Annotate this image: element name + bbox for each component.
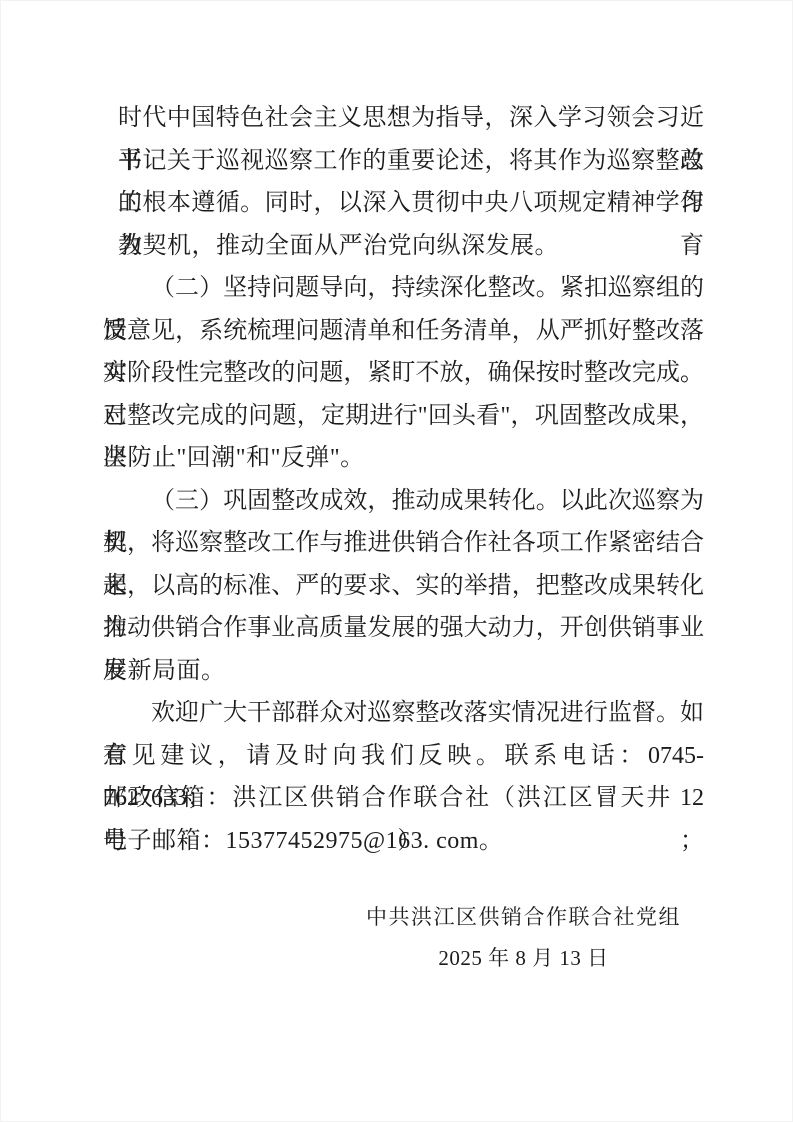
text-line: 决防止"回潮"和"反弹"。 xyxy=(103,437,704,480)
paragraph: （二）坚持问题导向，持续深化整改。紧扣巡察组的反馈意见，系统梳理问题清单和任务清… xyxy=(103,267,704,480)
text-line: （二）坚持问题导向，持续深化整改。紧扣巡察组的反 xyxy=(103,267,704,310)
text-line: 推动供销合作事业高质量发展的强大动力，开创供销事业发 xyxy=(103,607,704,650)
text-line: 欢迎广大干部群众对巡察整改落实情况进行监督。如有 xyxy=(103,692,704,735)
signature-inner: 中共洪江区供销合作联合社党组 2025 年 8 月 13 日 xyxy=(366,896,681,978)
text-line: 展新局面。 xyxy=(103,650,704,693)
text-line: （三）巩固整改成效，推动成果转化。以此次巡察为契 xyxy=(103,480,704,523)
text-line: 书记关于巡视巡察工作的重要论述，将其作为巡察整改工作 xyxy=(118,140,704,183)
text-line: 来，以高的标准、严的要求、实的举措，把整改成果转化为 xyxy=(103,565,704,608)
signature-date: 2025 年 8 月 13 日 xyxy=(366,938,681,978)
text-line: 馈意见，系统梳理问题清单和任务清单，从严抓好整改落实。 xyxy=(103,310,704,353)
paragraph: 时代中国特色社会主义思想为指导，深入学习领会习近平总书记关于巡视巡察工作的重要论… xyxy=(103,97,704,267)
document-page: { "page": { "background_color": "#ffffff… xyxy=(0,0,793,1122)
text-line: 已整改完成的问题，定期进行"回头看"，巩固整改成果，坚 xyxy=(103,395,704,438)
text-line: 机，将巡察整改工作与推进供销合作社各项工作紧密结合起 xyxy=(103,522,704,565)
signature-block: 中共洪江区供销合作联合社党组 2025 年 8 月 13 日 xyxy=(0,896,793,978)
signature-org: 中共洪江区供销合作联合社党组 xyxy=(366,896,681,938)
paragraph: 欢迎广大干部群众对巡察整改落实情况进行监督。如有意见建议，请及时向我们反映。联系… xyxy=(103,692,704,862)
text-line: 的根本遵循。同时，以深入贯彻中央八项规定精神学习教育 xyxy=(118,182,704,225)
text-line: 意见建议，请及时向我们反映。联系电话：0745-7627633； xyxy=(103,735,704,778)
document-body: 时代中国特色社会主义思想为指导，深入学习领会习近平总书记关于巡视巡察工作的重要论… xyxy=(103,97,704,862)
paragraph: （三）巩固整改成效，推动成果转化。以此次巡察为契机，将巡察整改工作与推进供销合作… xyxy=(103,480,704,693)
text-line: 时代中国特色社会主义思想为指导，深入学习领会习近平总 xyxy=(118,97,704,140)
text-line: 对阶段性完整改的问题，紧盯不放，确保按时整改完成。对 xyxy=(103,352,704,395)
text-line: 邮政信箱：洪江区供销合作联合社（洪江区冒天井 12 号）； xyxy=(103,777,704,820)
